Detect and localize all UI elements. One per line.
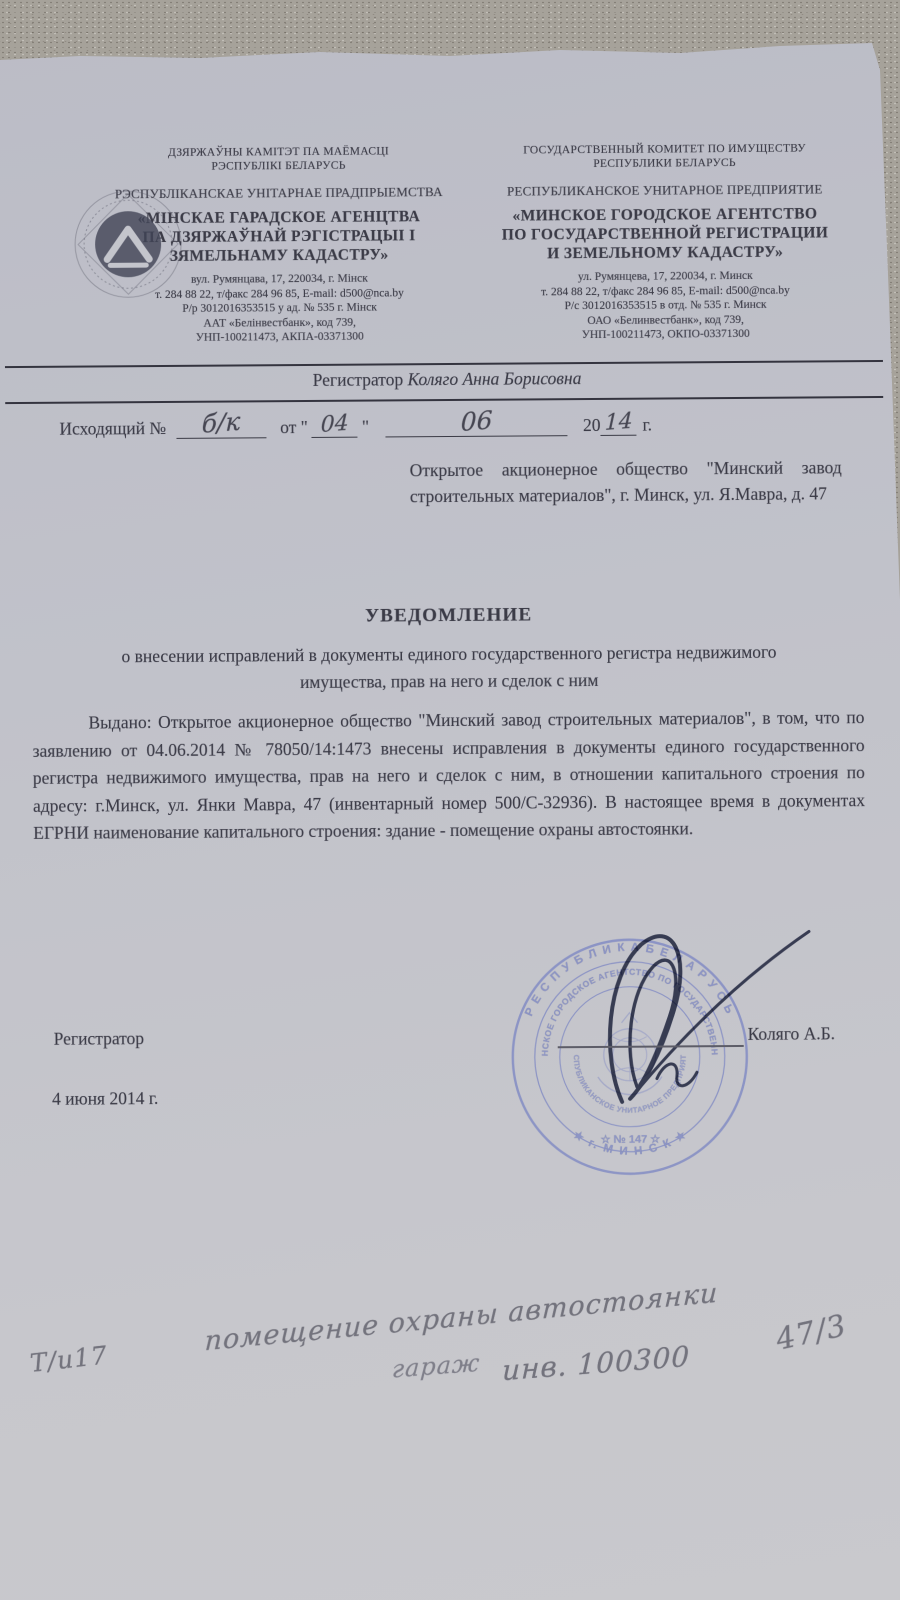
addressee-block: Открытое акционерное общество "Минский з… [410, 455, 842, 509]
org-name-ru: «МИНСКОЕ ГОРОДСКОЕ АГЕНТСТВО ПО ГОСУДАРС… [464, 204, 866, 264]
horizontal-rule-bottom [5, 396, 883, 404]
year-suffix: г. [642, 415, 652, 436]
handwritten-note-left-code: Т/и17 [29, 1340, 110, 1378]
stamp-number-text: ☆ № 147 ☆ [601, 1134, 661, 1146]
document-title: УВЕДОМЛЕНИЕ [0, 602, 899, 630]
subtitle-line: имущества, прав на него и сделок с ним [54, 665, 844, 698]
outgoing-label: Исходящий № [59, 418, 166, 440]
org-name-line: ПО ГОСУДАРСТВЕННОЙ РЕГИСТРАЦИИ [464, 223, 866, 245]
registrar-name: Коляго Анна Борисовна [407, 368, 581, 389]
address-line: УНП-100211473, ОКПО-03371300 [465, 326, 867, 343]
handwritten-outgoing-number: б/к [202, 411, 241, 436]
document-subtitle: о внесении исправлений в документы едино… [54, 638, 844, 698]
handwritten-note-right-code: 47/3 [773, 1308, 850, 1358]
notification-document: ДЗЯРЖАЎНЫ КАМІТЭТ ПА МАЁМАСЦІ РЭСПУБЛІКІ… [0, 0, 900, 1600]
subtitle-line: о внесении исправлений в документы едино… [54, 638, 844, 671]
signature-role-label: Регистратор [54, 1028, 145, 1050]
agency-emblem-icon [72, 188, 185, 301]
org-address-ru: ул. Румянцева, 17, 220034, г. Минск т. 2… [464, 268, 866, 343]
month-blank: 06 [385, 411, 567, 437]
committee-name-ru: ГОСУДАРСТВЕННЫЙ КОМИТЕТ ПО ИМУЩЕСТВУ РЕС… [463, 141, 865, 172]
committee-line: ГОСУДАРСТВЕННЫЙ КОМИТЕТ ПО ИМУЩЕСТВУ [463, 141, 865, 158]
address-line: УНП-100211473, АКПА-03371300 [85, 329, 475, 346]
org-type-ru: РЕСПУБЛИКАНСКОЕ УНИТАРНОЕ ПРЕДПРИЯТИЕ [464, 181, 866, 200]
handwritten-day: 04 [321, 414, 349, 436]
handwritten-month: 06 [460, 409, 492, 434]
letterhead-right: ГОСУДАРСТВЕННЫЙ КОМИТЕТ ПО ИМУЩЕСТВУ РЕС… [463, 141, 866, 343]
from-label: от " [280, 417, 308, 438]
registrar-label: Регистратор [313, 369, 404, 390]
registrar-header: Регистратор Коляго Анна Борисовна [0, 366, 897, 393]
body-paragraph: Выдано: Открытое акционерное общество "М… [32, 704, 865, 847]
outgoing-number-line: Исходящий № б/к от " 04 " 06 20 14 г. [59, 411, 652, 440]
committee-line: РЭСПУБЛІКІ БЕЛАРУСЬ [84, 158, 474, 175]
century-label: 20 [583, 415, 601, 436]
committee-name-by: ДЗЯРЖАЎНЫ КАМІТЭТ ПА МАЁМАСЦІ РЭСПУБЛІКІ… [83, 144, 473, 175]
quote-close: " [362, 417, 369, 438]
outgoing-number-blank: б/к [176, 413, 266, 439]
committee-line: РЕСПУБЛИКИ БЕЛАРУСЬ [464, 155, 866, 172]
day-blank: 04 [312, 416, 358, 438]
registrar-signature-ink [561, 915, 822, 1127]
year-blank: 14 [600, 414, 636, 436]
handwritten-note-faint: гараж [391, 1349, 481, 1384]
handwritten-note-inventory: инв. 100300 [502, 1340, 691, 1388]
org-name-line: И ЗЕМЕЛЬНОМУ КАДАСТРУ» [464, 242, 866, 264]
handwritten-year: 14 [605, 412, 633, 434]
signature-date: 4 июня 2014 г. [52, 1088, 158, 1110]
signature-name: Коляго А.Б. [748, 1023, 836, 1045]
